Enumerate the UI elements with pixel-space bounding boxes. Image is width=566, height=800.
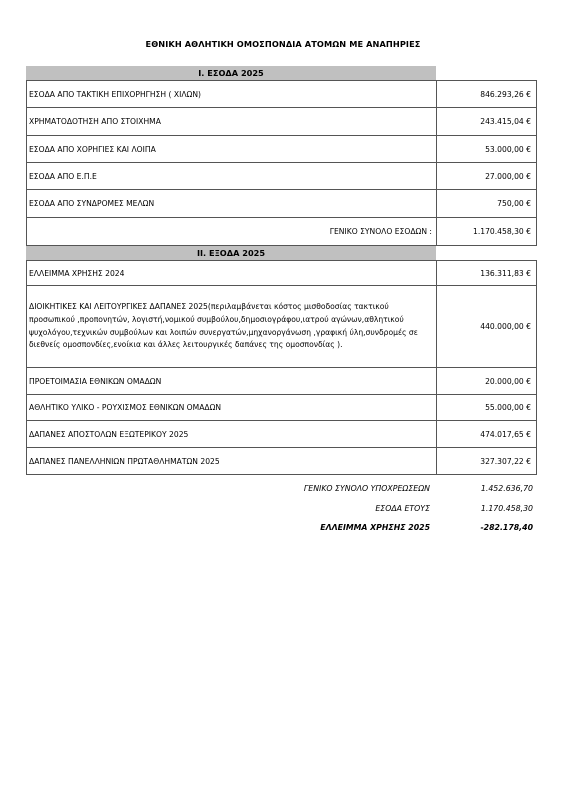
summary-value: 1.452.636,70 bbox=[481, 484, 533, 493]
expense-row-label: ΔΑΠΑΝΕΣ ΑΠΟΣΤΟΛΩΝ ΕΞΩΤΕΡΙΚΟΥ 2025 bbox=[27, 421, 437, 447]
summary-label: ΓΕΝΙΚΟ ΣΥΝΟΛΟ ΥΠΟΧΡΕΩΣΕΩΝ bbox=[304, 484, 430, 493]
income-row-value: 53.000,00 € bbox=[436, 136, 536, 162]
expense-row: ΑΘΛΗΤΙΚΟ ΥΛΙΚΟ - ΡΟΥΧΙΣΜΟΣ ΕΘΝΙΚΩΝ ΟΜΑΔΩ… bbox=[26, 395, 537, 421]
income-row: ΕΣΟΔΑ ΑΠΟ Ε.Π.Ε 27.000,00 € bbox=[26, 163, 537, 190]
expense-row: ΔΑΠΑΝΕΣ ΑΠΟΣΤΟΛΩΝ ΕΞΩΤΕΡΙΚΟΥ 2025 474.01… bbox=[26, 421, 537, 448]
expense-row-label: ΔΙΟΙΚΗΤΙΚΕΣ ΚΑΙ ΛΕΙΤΟΥΡΓΙΚΕΣ ΔΑΠΑΝΕΣ 202… bbox=[27, 286, 437, 367]
income-section-header: Ι. ΕΣΟΔΑ 2025 bbox=[26, 66, 436, 80]
expense-row-label: ΔΑΠΑΝΕΣ ΠΑΝΕΛΛΗΝΙΩΝ ΠΡΩΤΑΘΛΗΜΑΤΩΝ 2025 bbox=[27, 448, 437, 474]
summary-label: ΕΛΛΕΙΜΜΑ ΧΡΗΣΗΣ 2025 bbox=[320, 523, 430, 532]
expense-row: ΔΑΠΑΝΕΣ ΠΑΝΕΛΛΗΝΙΩΝ ΠΡΩΤΑΘΛΗΜΑΤΩΝ 2025 3… bbox=[26, 448, 537, 475]
summary-value: 1.170.458,30 bbox=[481, 504, 533, 513]
expense-row-label: ΠΡΟΕΤΟΙΜΑΣΙΑ ΕΘΝΙΚΩΝ ΟΜΑΔΩΝ bbox=[27, 368, 437, 394]
summary-deficit: ΕΛΛΕΙΜΜΑ ΧΡΗΣΗΣ 2025 -282.178,40 bbox=[0, 523, 566, 535]
expense-row-value: 20.000,00 € bbox=[436, 368, 536, 394]
income-row-value: 243.415,04 € bbox=[436, 108, 536, 135]
expense-row-value: 327.307,22 € bbox=[436, 448, 536, 474]
income-row: ΕΣΟΔΑ ΑΠΟ ΣΥΝΔΡΟΜΕΣ ΜΕΛΩΝ 750,00 € bbox=[26, 190, 537, 218]
expense-row-value: 474.017,65 € bbox=[436, 421, 536, 447]
expense-row: ΠΡΟΕΤΟΙΜΑΣΙΑ ΕΘΝΙΚΩΝ ΟΜΑΔΩΝ 20.000,00 € bbox=[26, 368, 537, 395]
income-row-label: ΕΣΟΔΑ ΑΠΟ ΣΥΝΔΡΟΜΕΣ ΜΕΛΩΝ bbox=[27, 190, 437, 217]
expense-row-value: 55.000,00 € bbox=[436, 395, 536, 420]
income-row: ΕΣΟΔΑ ΑΠΟ ΧΟΡΗΓΙΕΣ ΚΑΙ ΛΟΙΠΑ 53.000,00 € bbox=[26, 136, 537, 163]
income-total-label: ΓΕΝΙΚΟ ΣΥΝΟΛΟ ΕΣΟΔΩΝ : bbox=[27, 218, 437, 245]
expense-row-label: ΕΛΛΕΙΜΜΑ ΧΡΗΣΗΣ 2024 bbox=[27, 261, 437, 285]
summary-year-income: ΕΣΟΔΑ ΕΤΟΥΣ 1.170.458,30 bbox=[0, 504, 566, 516]
income-row-label: ΧΡΗΜΑΤΟΔΟΤΗΣΗ ΑΠΟ ΣΤΟΙΧΗΜΑ bbox=[27, 108, 437, 135]
income-row-label: ΕΣΟΔΑ ΑΠΟ Ε.Π.Ε bbox=[27, 163, 437, 189]
summary-label: ΕΣΟΔΑ ΕΤΟΥΣ bbox=[375, 504, 430, 513]
income-total-value: 1.170.458,30 € bbox=[436, 218, 536, 245]
summary-value: -282.178,40 bbox=[480, 523, 533, 532]
income-row-value: 846.293,26 € bbox=[436, 81, 536, 107]
expense-row: ΕΛΛΕΙΜΜΑ ΧΡΗΣΗΣ 2024 136.311,83 € bbox=[26, 260, 537, 286]
expenses-section-header: ΙΙ. ΕΞΟΔΑ 2025 bbox=[26, 246, 436, 260]
income-row-label: ΕΣΟΔΑ ΑΠΟ ΤΑΚΤΙΚΗ ΕΠΙΧΟΡΗΓΗΣΗ ( ΧΙΛΩΝ) bbox=[27, 81, 437, 107]
income-row-value: 750,00 € bbox=[436, 190, 536, 217]
summary-total-obligations: ΓΕΝΙΚΟ ΣΥΝΟΛΟ ΥΠΟΧΡΕΩΣΕΩΝ 1.452.636,70 bbox=[0, 484, 566, 496]
income-row-value: 27.000,00 € bbox=[436, 163, 536, 189]
income-row-label: ΕΣΟΔΑ ΑΠΟ ΧΟΡΗΓΙΕΣ ΚΑΙ ΛΟΙΠΑ bbox=[27, 136, 437, 162]
expense-row-value: 136.311,83 € bbox=[436, 261, 536, 285]
income-row: ΧΡΗΜΑΤΟΔΟΤΗΣΗ ΑΠΟ ΣΤΟΙΧΗΜΑ 243.415,04 € bbox=[26, 108, 537, 136]
document-title: ΕΘΝΙΚΗ ΑΘΛΗΤΙΚΗ ΟΜΟΣΠΟΝΔΙΑ ΑΤΟΜΩΝ ΜΕ ΑΝΑ… bbox=[0, 39, 566, 49]
income-total-row: ΓΕΝΙΚΟ ΣΥΝΟΛΟ ΕΣΟΔΩΝ : 1.170.458,30 € bbox=[26, 218, 537, 246]
expense-row-value: 440.000,00 € bbox=[436, 286, 536, 367]
expense-row: ΔΙΟΙΚΗΤΙΚΕΣ ΚΑΙ ΛΕΙΤΟΥΡΓΙΚΕΣ ΔΑΠΑΝΕΣ 202… bbox=[26, 286, 537, 368]
expense-row-label: ΑΘΛΗΤΙΚΟ ΥΛΙΚΟ - ΡΟΥΧΙΣΜΟΣ ΕΘΝΙΚΩΝ ΟΜΑΔΩ… bbox=[27, 395, 437, 420]
income-row: ΕΣΟΔΑ ΑΠΟ ΤΑΚΤΙΚΗ ΕΠΙΧΟΡΗΓΗΣΗ ( ΧΙΛΩΝ) 8… bbox=[26, 80, 537, 108]
